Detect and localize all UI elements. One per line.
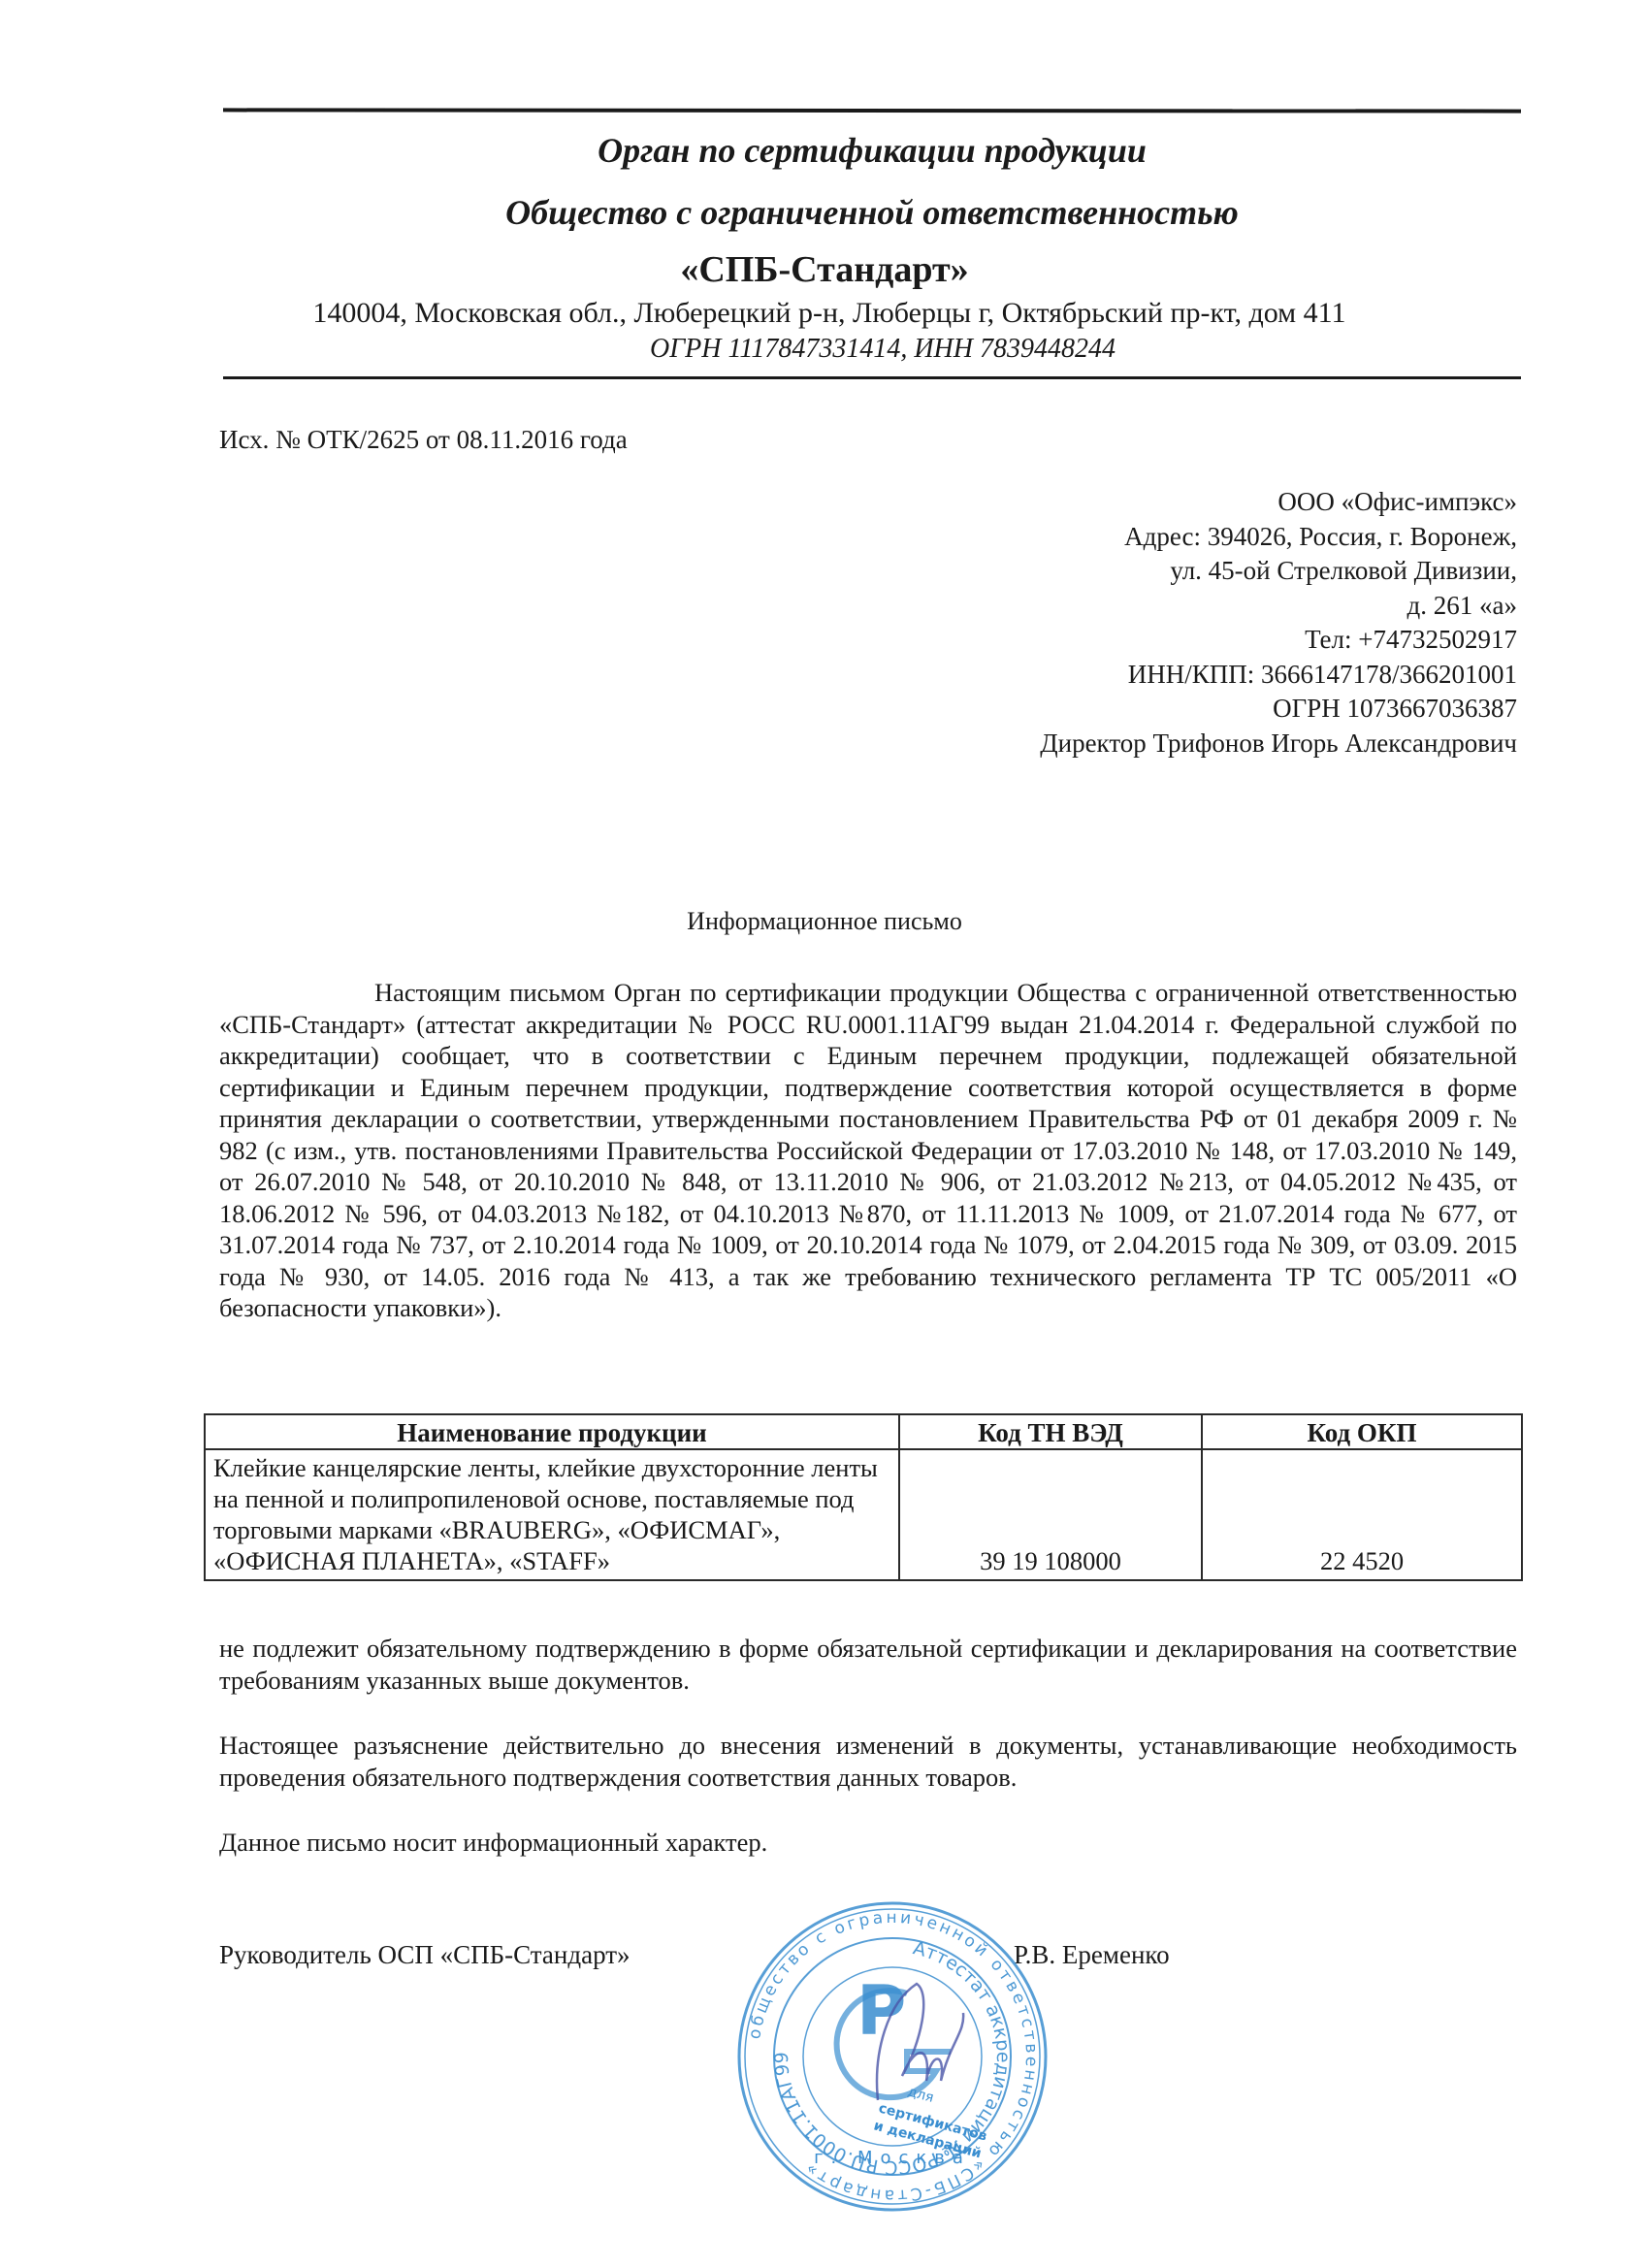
recipient-address: Адрес: 394026, Россия, г. Воронеж,: [1040, 520, 1517, 555]
recipient-ogrn: ОГРН 1073667036387: [1040, 692, 1517, 727]
after-table-paragraph: не подлежит обязательному подтверждению …: [219, 1633, 1517, 1696]
recipient-company: ООО «Офис-импэкс»: [1040, 485, 1517, 520]
recipient-director: Директор Трифонов Игорь Александрович: [1040, 727, 1517, 761]
products-table: Наименование продукции Код ТН ВЭД Код ОК…: [204, 1413, 1523, 1581]
stamp-seal-icon: общество с ограниченной ответственностью…: [732, 1896, 1052, 2217]
okp-cell: 22 4520: [1202, 1449, 1522, 1580]
org-title: Орган по сертификации продукции: [223, 130, 1521, 171]
recipient-street: ул. 45-ой Стрелковой Дивизии,: [1040, 554, 1517, 589]
informational-paragraph: Данное письмо носит информационный харак…: [219, 1827, 1517, 1859]
header-top-rule: [223, 108, 1521, 113]
product-name-cell: Клейкие канцелярские ленты, клейкие двух…: [205, 1449, 899, 1580]
table-header-row: Наименование продукции Код ТН ВЭД Код ОК…: [205, 1414, 1522, 1449]
recipient-house: д. 261 «а»: [1040, 589, 1517, 624]
tn-ved-cell: 39 19 108000: [899, 1449, 1202, 1580]
outgoing-number: Исх. № ОТК/2625 от 08.11.2016 года: [219, 425, 628, 455]
column-header-name: Наименование продукции: [205, 1414, 899, 1449]
header-bottom-rule: [223, 376, 1521, 379]
org-subtitle: Общество с ограниченной ответственностью: [223, 192, 1521, 233]
official-stamp: общество с ограниченной ответственностью…: [732, 1896, 1052, 2217]
company-registration: ОГРН 1117847331414, ИНН 7839448244: [330, 334, 1436, 365]
main-paragraph: Настоящим письмом Орган по сертификации …: [219, 977, 1517, 1324]
document-title: Информационное письмо: [0, 907, 1649, 936]
recipient-phone: Тел: +74732502917: [1040, 623, 1517, 658]
company-address: 140004, Московская обл., Люберецкий р-н,…: [233, 297, 1426, 330]
validity-paragraph: Настоящее разъяснение действительно до в…: [219, 1730, 1517, 1793]
signatory-role: Руководитель ОСП «СПБ-Стандарт»: [219, 1940, 630, 1970]
recipient-block: ООО «Офис-импэкс» Адрес: 394026, Россия,…: [1040, 485, 1517, 761]
recipient-inn-kpp: ИНН/КПП: 3666147178/366201001: [1040, 658, 1517, 693]
table-row: Клейкие канцелярские ленты, клейкие двух…: [205, 1449, 1522, 1580]
column-header-okp: Код ОКП: [1202, 1414, 1522, 1449]
svg-text:для: для: [906, 2084, 935, 2105]
company-name: «СПБ-Стандарт»: [0, 248, 1649, 291]
column-header-tn-ved: Код ТН ВЭД: [899, 1414, 1202, 1449]
